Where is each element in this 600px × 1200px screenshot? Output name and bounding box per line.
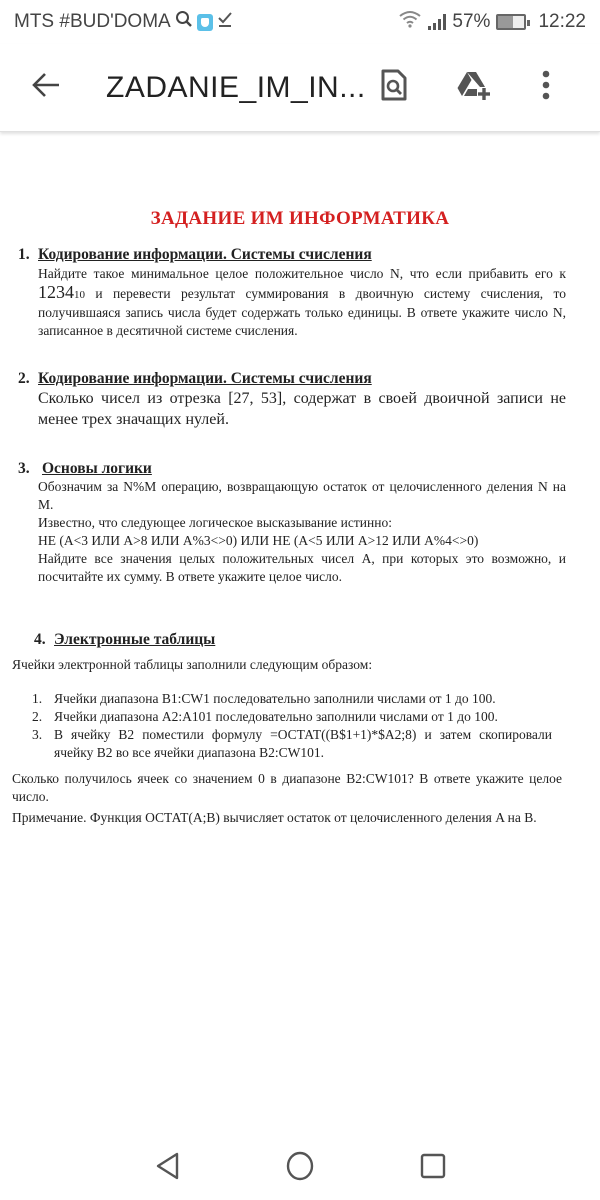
wifi-icon <box>398 10 422 34</box>
step-item: 1.Ячейки диапазона B1:CW1 последовательн… <box>32 690 552 708</box>
navigation-bar <box>0 1130 600 1200</box>
nav-back-button[interactable] <box>148 1148 188 1188</box>
task-number: 4. <box>34 631 54 649</box>
logic-expression: НЕ (A<3 ИЛИ A>8 ИЛИ A%3<>0) ИЛИ НЕ (A<5 … <box>38 532 566 550</box>
app-bar: ZADANIE_IM_IN... <box>0 44 600 132</box>
task-4-note: Примечание. Функция ОСТАТ(A;B) вычисляет… <box>12 809 562 827</box>
nav-home-button[interactable] <box>280 1148 320 1188</box>
task-3: 3. Основы логики Обозначим за N%M операц… <box>18 460 566 586</box>
number-1234: 1234 <box>38 282 74 302</box>
clock: 12:22 <box>538 11 586 33</box>
task-title: Кодирование информации. Системы счислени… <box>38 370 372 388</box>
battery-charging-icon <box>496 14 526 30</box>
find-in-document-button[interactable] <box>366 60 422 116</box>
home-circle-icon <box>285 1151 315 1186</box>
add-to-drive-button[interactable] <box>446 60 502 116</box>
status-bar: MTS #BUD'DOMA 57% 12:22 <box>0 0 600 44</box>
task-title: Электронные таблицы <box>54 631 215 649</box>
back-triangle-icon <box>155 1151 181 1186</box>
step-item: 3.В ячейку B2 поместили формулу =ОСТАТ((… <box>32 726 552 762</box>
back-button[interactable] <box>16 58 76 118</box>
task-header: 2. Кодирование информации. Системы счисл… <box>18 370 566 388</box>
task-4-question: Сколько получилось ячеек со значением 0 … <box>12 770 562 806</box>
status-right: 57% 12:22 <box>398 10 586 34</box>
task-body: Найдите такое минимальное целое положите… <box>38 265 566 340</box>
search-icon <box>175 10 193 34</box>
more-options-button[interactable] <box>518 60 574 116</box>
recents-square-icon <box>419 1152 447 1185</box>
task-header: 4. Электронные таблицы <box>34 631 582 649</box>
task-body: Обозначим за N%M операцию, возвращающую … <box>38 478 566 586</box>
task-1: 1. Кодирование информации. Системы счисл… <box>18 246 566 340</box>
task-title: Основы логики <box>42 460 152 478</box>
status-left: MTS #BUD'DOMA <box>14 10 233 34</box>
document-title: ZADANIE_IM_IN... <box>106 71 366 105</box>
step-item: 2.Ячейки диапазона A2:A101 последователь… <box>32 708 552 726</box>
task-2: 2. Кодирование информации. Системы счисл… <box>18 370 566 430</box>
task-number: 1. <box>18 246 38 264</box>
task-4: 4. Электронные таблицы <box>34 631 582 649</box>
carrier-label: MTS #BUD'DOMA <box>14 11 171 33</box>
task-4-intro: Ячейки электронной таблицы заполнили сле… <box>12 656 572 674</box>
signal-icon <box>428 14 446 30</box>
task-number: 3. <box>18 460 42 478</box>
task-4-steps: 1.Ячейки диапазона B1:CW1 последовательн… <box>32 690 552 762</box>
base-subscript: 10 <box>74 289 85 301</box>
task-number: 2. <box>18 370 38 388</box>
add-to-drive-icon <box>457 70 491 105</box>
download-done-icon <box>217 10 233 34</box>
task-title: Кодирование информации. Системы счислени… <box>38 246 372 264</box>
shield-app-icon <box>197 14 213 31</box>
task-header: 1. Кодирование информации. Системы счисл… <box>18 246 566 264</box>
more-vert-icon <box>542 70 550 105</box>
document-heading: ЗАДАНИЕ ИМ ИНФОРМАТИКА <box>0 208 600 230</box>
task-header: 3. Основы логики <box>18 460 566 478</box>
find-in-document-icon <box>380 68 408 107</box>
task-body: Сколько чисел из отрезка [27, 53], содер… <box>38 388 566 430</box>
battery-percent: 57% <box>452 11 490 33</box>
nav-recents-button[interactable] <box>413 1148 453 1188</box>
arrow-left-icon <box>31 72 61 103</box>
